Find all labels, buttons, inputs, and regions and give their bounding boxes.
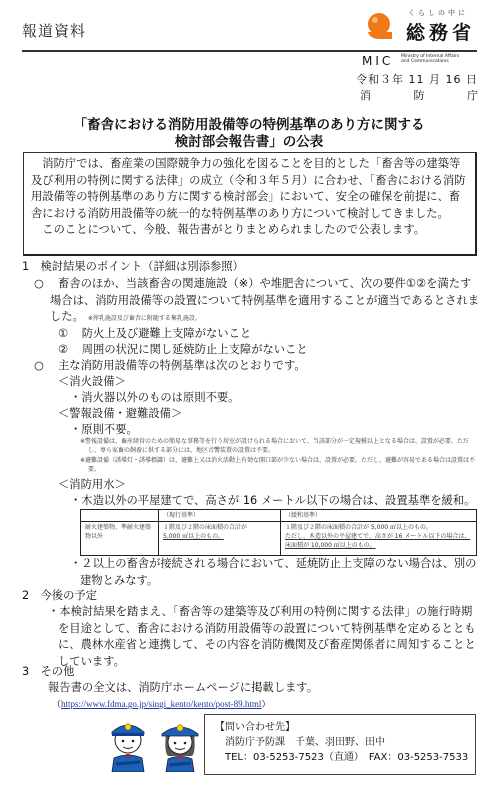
section3-text: 報告書の全文は、消防庁ホームページに掲載します。 [48, 680, 478, 697]
issuing-agency: 消 防 庁 [360, 87, 478, 103]
bullet-circle: ○ [34, 358, 48, 375]
male-officer-icon [112, 724, 144, 772]
page-title: 「畜舎における消防用設備等の特例基準のあり方に関する 検討部会報告書」の公表 [20, 117, 478, 151]
requirement-item: ② 周囲の状況に関し延焼防止上支障がないこと [58, 342, 478, 359]
current-standard-underlined: 5,000 ㎡以上のもの。 [163, 533, 224, 540]
mic-logo: くらしの中に 総務省 [366, 8, 486, 48]
point1-text: 畜舎のほか、当該畜舎の関連施設（※）や堆肥舎について、次の要件①②を満たす場合は… [50, 276, 480, 326]
release-date: 令和３年 11 月 16 日 [356, 71, 478, 87]
evacuation-note: ※避難設備（誘導灯・誘導標識）は、避難上又は消火活動上有効な開口部が少ない場合は… [80, 456, 478, 474]
table-row: 耐火建築物、準耐火建築物以外 １階及び２階の床面積の合計が 5,000 ㎡以上の… [81, 522, 477, 556]
subheading-fire-extinguishing: ＜消火設備＞ [58, 374, 126, 391]
table-header-cell: （緩和基準） [281, 510, 477, 522]
report-link[interactable]: https://www.fdma.go.jp/singi_kento/kento… [61, 699, 261, 709]
section2-text: ・本検討結果を踏まえ、「畜舎等の建築等及び利用の特例に関する法律」の施行時期を目… [48, 604, 480, 670]
table-header-row: （現行基準） （緩和基準） [81, 510, 477, 522]
document-type-label: 報道資料 [22, 20, 86, 41]
url-line: （https://www.fdma.go.jp/singi_kento/kent… [52, 697, 270, 710]
requirement-text: 防火上及び避難上支障がないこと [72, 327, 251, 340]
fire-water-item: ・木造以外の平屋建てで、高さが 16 メートル以下の場合は、設置基準を緩和。 [70, 493, 480, 510]
relaxed-standard-text: １階及び２階の床面積の合計が 5,000 ㎡以上のもの。 [285, 524, 432, 531]
relaxed-standard-cell: １階及び２階の床面積の合計が 5,000 ㎡以上のもの。 ただし、木造以外の平屋… [281, 522, 477, 556]
bullet-circle: ○ [34, 276, 48, 293]
agency-char: 防 [414, 87, 425, 103]
agency-char: 消 [360, 87, 371, 103]
mic-logo-mark-icon [366, 12, 394, 40]
url-paren-open: （ [52, 700, 61, 710]
section2-heading: 2 今後の予定 [22, 588, 97, 605]
mic-abbr: MIC [362, 54, 393, 68]
table-header-cell [81, 510, 159, 522]
current-standard-cell: １階及び２階の床面積の合計が 5,000 ㎡以上のもの。 [159, 522, 281, 556]
current-standard-text: １階及び２階の床面積の合計が [163, 524, 247, 531]
requirement-item: ① 防火上及び避難上支障がないこと [58, 326, 478, 343]
logo-ministry-name: 総務省 [406, 18, 475, 45]
point1-note: ※搾乳施設及び畜舎に附随する集乳施設。 [84, 315, 201, 322]
alarm-note: ※警報設備は、畜産経営のための簡易な事務等を行う居室が設けられる場合において、当… [80, 437, 478, 455]
mic-wordmark: MIC Ministry of Internal Affairs and Com… [362, 54, 482, 68]
section3-heading: 3 その他 [22, 664, 74, 681]
mic-english-line2: and Communications [401, 59, 449, 64]
subheading-fire-water: ＜消防用水＞ [58, 477, 126, 494]
table-header-cell: （現行基準） [159, 510, 281, 522]
fire-extinguishing-item: ・消火器以外のものは原則不要。 [70, 390, 239, 407]
requirement-number: ② [58, 343, 68, 356]
agency-char: 庁 [467, 87, 478, 103]
summary-paragraph-2: このことについて、今般、報告書がとりまとめられましたので公表します。 [31, 222, 469, 239]
header-divider [22, 50, 477, 52]
requirement-number: ① [58, 327, 68, 340]
title-line2: 検討部会報告書」の公表 [20, 134, 478, 151]
point2-text: 主な消防用設備等の特例基準は次のとおりです。 [58, 358, 478, 375]
contact-phone-fax: TEL：03-5253-7523（直通） FAX：03-5253-7533 [215, 750, 465, 765]
summary-box: 消防庁では、畜産業の国際競争力の強化を図ることを目的とした「畜舎等の建築等及び利… [23, 152, 477, 256]
contact-heading: 【問い合わせ先】 [215, 720, 465, 735]
section1-heading: 1 検討結果のポイント（詳細は別添参照） [22, 259, 478, 276]
requirement-text: 周囲の状況に関し延焼防止上支障がないこと [72, 343, 308, 356]
fire-officer-mascots-icon [104, 716, 204, 772]
contact-department: 消防庁予防課 千葉、羽田野、田中 [215, 735, 465, 750]
standards-comparison-table: （現行基準） （緩和基準） 耐火建築物、準耐火建築物以外 １階及び２階の床面積の… [80, 509, 477, 556]
female-officer-icon [162, 725, 198, 772]
mic-english-name: Ministry of Internal Affairs and Communi… [401, 54, 459, 64]
logo-tagline: くらしの中に [408, 8, 468, 18]
contact-box: 【問い合わせ先】 消防庁予防課 千葉、羽田野、田中 TEL：03-5253-75… [204, 714, 476, 775]
url-paren-close: ） [261, 700, 270, 710]
fire-water-item2: ・２以上の畜舎が接続される場合において、延焼防止上支障のない場合は、別の建物とみ… [70, 556, 480, 589]
summary-paragraph-1: 消防庁では、畜産業の国際競争力の強化を図ることを目的とした「畜舎等の建築等及び利… [31, 156, 469, 222]
relaxed-standard-underlined: ただし、木造以外の平屋建てで、高さが 16 メートル以下の場合は、床面積が 10… [285, 533, 470, 549]
subheading-alarm-evacuation: ＜警報設備・避難設備＞ [58, 406, 182, 423]
title-line1: 「畜舎における消防用設備等の特例基準のあり方に関する [20, 117, 478, 134]
table-row-label: 耐火建築物、準耐火建築物以外 [81, 522, 159, 556]
